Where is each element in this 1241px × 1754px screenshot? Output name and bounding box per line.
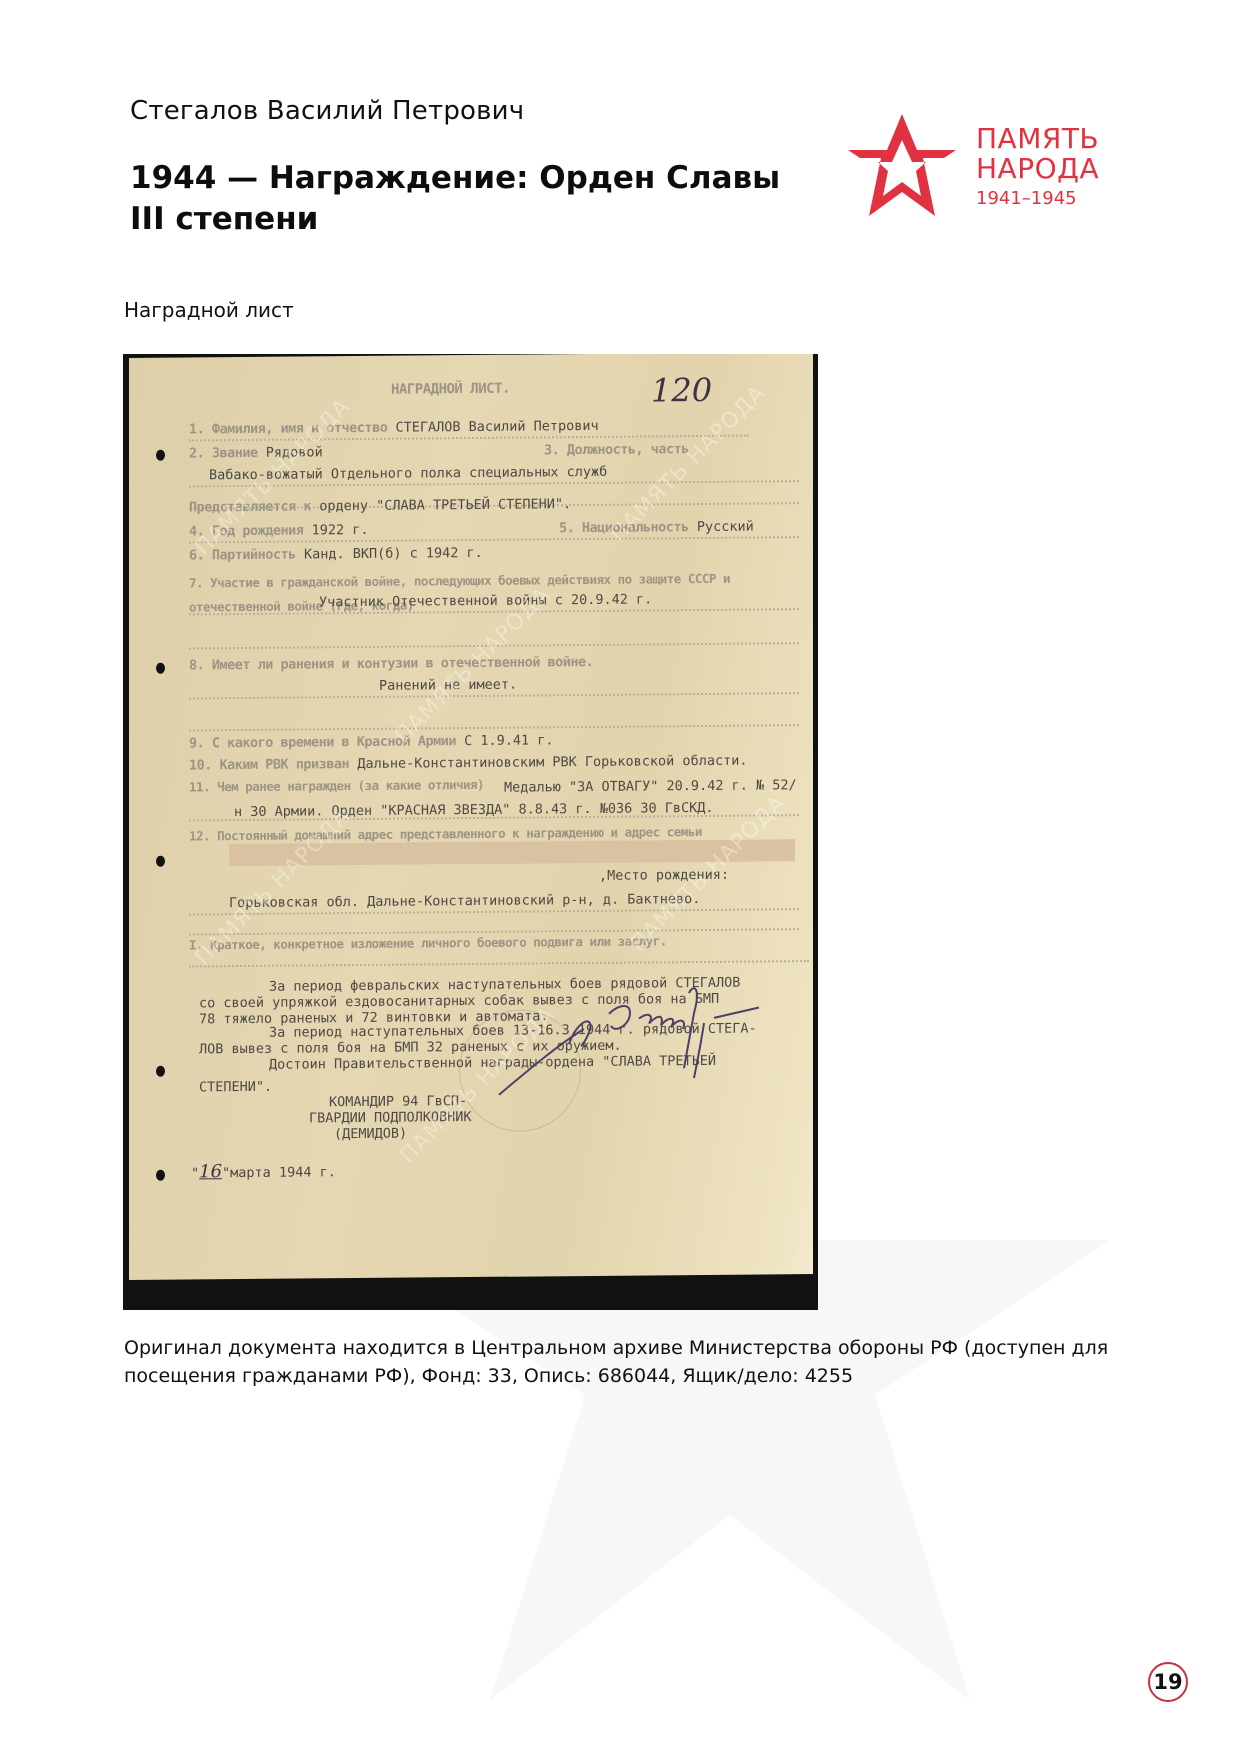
person-name: Стегалов Василий Петрович: [130, 96, 524, 126]
punch-hole: [156, 663, 165, 674]
page-title: 1944 — Награждение: Орден Славы III степ…: [130, 158, 810, 240]
punch-hole: [156, 1170, 165, 1181]
doc-body-line-7: СТЕПЕНИ".: [199, 1079, 272, 1096]
doc-line-rvk: 10. Каким РВК призван Дальне-Константино…: [189, 753, 747, 774]
section-label: Наградной лист: [124, 298, 294, 322]
doc-line-service-start: 9. С какого времени в Красной Армии С 1.…: [189, 732, 554, 751]
doc-line-war-value: Участник Отечественной войны с 20.9.42 г…: [319, 591, 652, 610]
pamyat-naroda-logo: ПАМЯТЬ НАРОДА 1941–1945: [848, 114, 1118, 220]
award-sheet-scan: НАГРАДНОЙ ЛИСТ. 120 1. Фамилия, имя и от…: [123, 354, 818, 1310]
page-number: 19: [1148, 1662, 1188, 1702]
archive-caption: Оригинал документа находится в Центральн…: [124, 1334, 1124, 1390]
punch-hole: [156, 1066, 165, 1077]
red-star-icon: [848, 114, 956, 216]
doc-line-name: 1. Фамилия, имя и отчество СТЕГАЛОВ Васи…: [189, 418, 599, 438]
doc-date: "16"марта 1944 г.: [191, 1160, 336, 1182]
doc-line-wounds-label: 8. Имеет ли ранения и контузии в отечест…: [189, 654, 593, 674]
doc-line-birthplace-value: Горьковская обл. Дальне-Константиновский…: [229, 891, 700, 911]
doc-line-feat-label: I. Краткое, конкретное изложение личного…: [189, 933, 667, 952]
punch-hole: [156, 450, 165, 461]
doc-line-party: 6. Партийность Канд. ВКП(б) с 1942 г.: [189, 545, 483, 564]
doc-line-position-label: 3. Должность, часть: [544, 441, 689, 458]
punch-hole: [156, 856, 165, 867]
logo-line-1: ПАМЯТЬ: [976, 124, 1099, 154]
archive-number: 120: [651, 371, 712, 410]
logo-years: 1941–1945: [976, 186, 1099, 212]
doc-line-nationality: 5. Национальность Русский: [559, 519, 754, 537]
logo-line-2: НАРОДА: [976, 154, 1099, 184]
doc-heading: НАГРАДНОЙ ЛИСТ.: [391, 381, 510, 398]
signatory-line-3: (ДЕМИДОВ): [334, 1126, 407, 1143]
date-day: 16: [199, 1161, 222, 1182]
